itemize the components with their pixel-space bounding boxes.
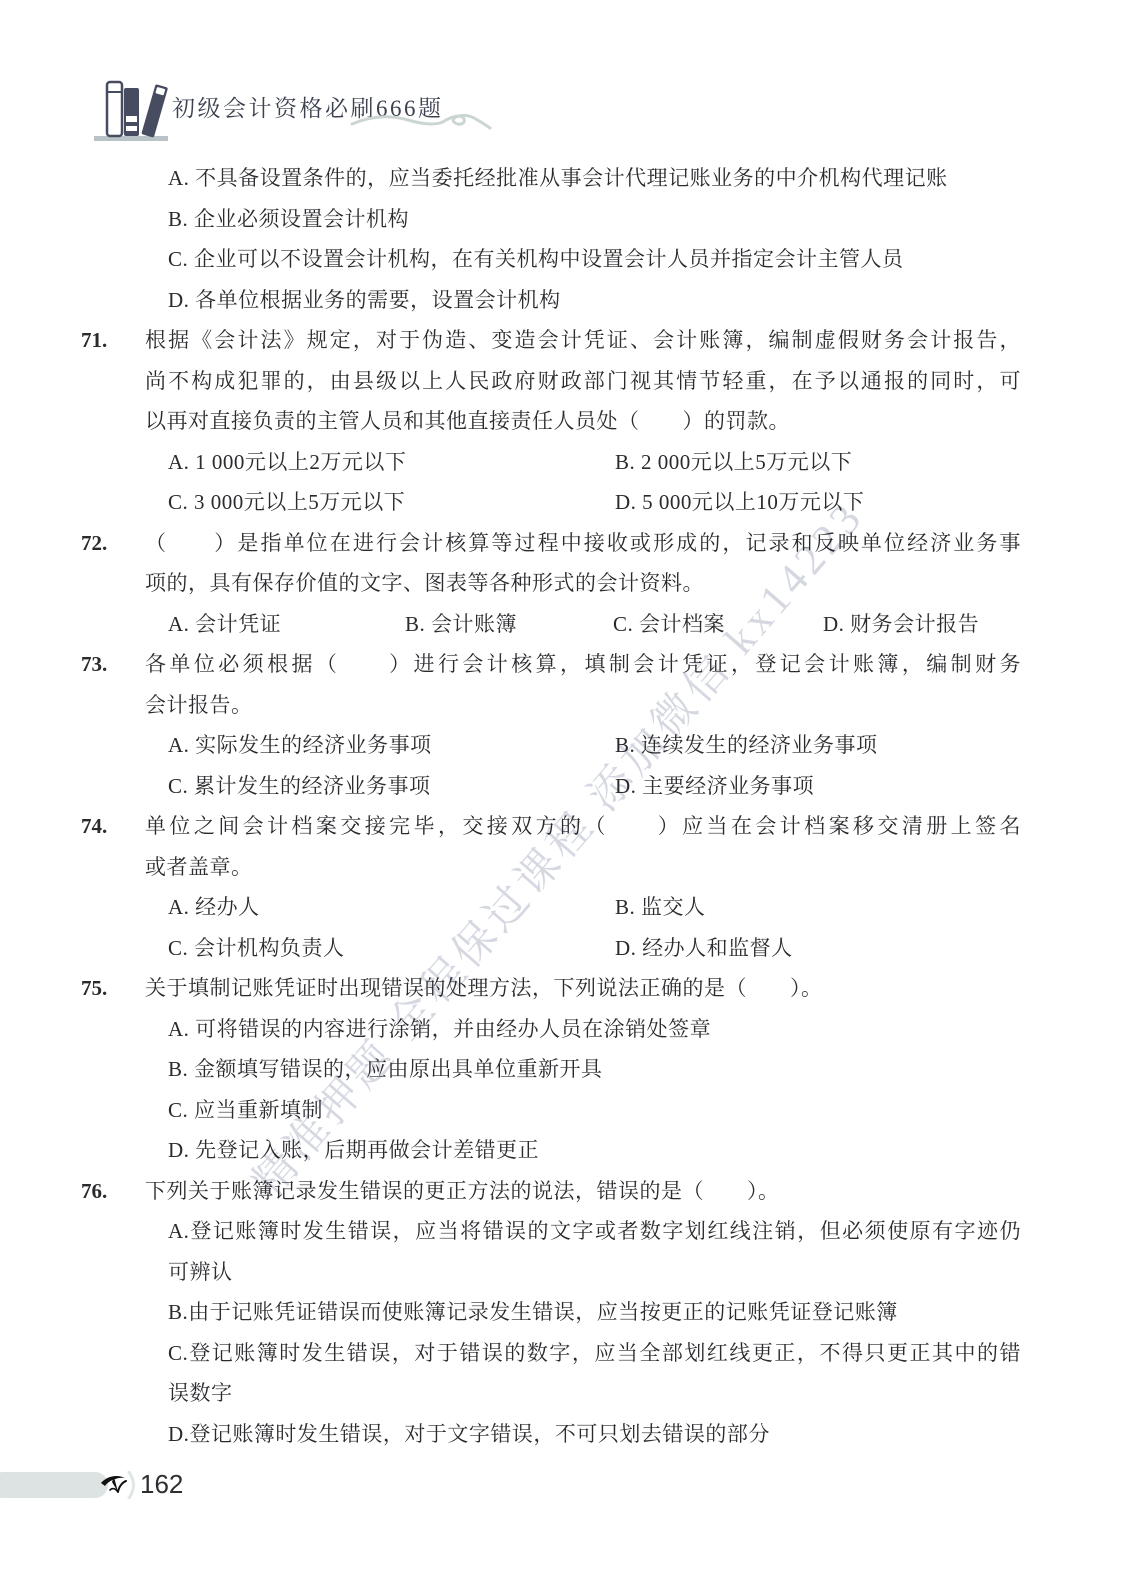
- option-line: C.登记账簿时发生错误，对于错误的数字，应当全部划红线更正，不得只更正其中的错: [196, 1333, 1021, 1374]
- option: B. 金额填写错误的，应由原出具单位重新开具: [168, 1049, 1021, 1090]
- option: D. 各单位根据业务的需要，设置会计机构: [168, 280, 1021, 321]
- page-number: 162: [140, 1469, 183, 1500]
- option: A. 不具备设置条件的，应当委托经批准从事会计代理记账业务的中介机构代理记账: [168, 158, 1021, 199]
- question-number: 72.: [81, 523, 107, 564]
- option-line: 误数字: [196, 1373, 1021, 1414]
- question-74-options-row-2: C. 会计机构负责人 D. 经办人和监督人: [168, 928, 1021, 969]
- option: A. 经办人: [168, 887, 615, 928]
- books-on-shelf-icon: [94, 78, 174, 151]
- question-70-options: A. 不具备设置条件的，应当委托经批准从事会计代理记账业务的中介机构代理记账 B…: [113, 158, 1021, 320]
- question-stem: 会计报告。: [145, 685, 1021, 726]
- option: B. 连续发生的经济业务事项: [615, 725, 1021, 766]
- question-stem: 项的，具有保存价值的文字、图表等各种形式的会计资料。: [145, 563, 1021, 604]
- question-stem: 单位之间会计档案交接完毕，交接双方的（ ）应当在会计档案移交清册上签名: [145, 806, 1021, 847]
- question-number: 73.: [81, 644, 107, 685]
- option: C. 会计机构负责人: [168, 928, 615, 969]
- footer-pill-bar: [0, 1472, 108, 1498]
- question-stem: 尚不构成犯罪的，由县级以上人民政府财政部门视其情节轻重，在予以通报的同时，可: [145, 361, 1021, 402]
- question-73: 73. 各单位必须根据（ ）进行会计核算，填制会计凭证，登记会计账簿，编制财务 …: [113, 644, 1021, 725]
- option: B. 2 000元以上5万元以下: [615, 442, 1021, 483]
- option: A. 1 000元以上2万元以下: [168, 442, 615, 483]
- option: D. 5 000元以上10万元以下: [615, 482, 1021, 523]
- question-number: 74.: [81, 806, 107, 847]
- questions-area: A. 不具备设置条件的，应当委托经批准从事会计代理记账业务的中介机构代理记账 B…: [113, 158, 1021, 1454]
- question-71-options-row-1: A. 1 000元以上2万元以下 B. 2 000元以上5万元以下: [168, 442, 1021, 483]
- question-73-options-row-1: A. 实际发生的经济业务事项 B. 连续发生的经济业务事项: [168, 725, 1021, 766]
- question-72-options-row: A. 会计凭证 B. 会计账簿 C. 会计档案 D. 财务会计报告: [168, 604, 1021, 645]
- option: B. 监交人: [615, 887, 1021, 928]
- question-73-options-row-2: C. 累计发生的经济业务事项 D. 主要经济业务事项: [168, 766, 1021, 807]
- question-74: 74. 单位之间会计档案交接完毕，交接双方的（ ）应当在会计档案移交清册上签名 …: [113, 806, 1021, 887]
- option: C. 累计发生的经济业务事项: [168, 766, 615, 807]
- option: C. 3 000元以上5万元以下: [168, 482, 615, 523]
- question-number: 75.: [81, 968, 107, 1009]
- question-stem: 下列关于账簿记录发生错误的更正方法的说法，错误的是（ ）。: [145, 1171, 1021, 1212]
- option: D. 先登记入账，后期再做会计差错更正: [168, 1130, 1021, 1171]
- quill-flourish-icon: [98, 1468, 132, 1503]
- option: D. 经办人和监督人: [615, 928, 1021, 969]
- wave-squiggle-icon: [350, 108, 492, 141]
- question-stem: 各单位必须根据（ ）进行会计核算，填制会计凭证，登记会计账簿，编制财务: [145, 644, 1021, 685]
- question-stem: 根据《会计法》规定，对于伪造、变造会计凭证、会计账簿，编制虚假财务会计报告，: [145, 320, 1021, 361]
- question-stem: 或者盖章。: [145, 847, 1021, 888]
- option: B.由于记账凭证错误而使账簿记录发生错误，应当按更正的记账凭证登记账簿: [168, 1292, 1021, 1333]
- question-71-options-row-2: C. 3 000元以上5万元以下 D. 5 000元以上10万元以下: [168, 482, 1021, 523]
- option: C.登记账簿时发生错误，对于错误的数字，应当全部划红线更正，不得只更正其中的错 …: [168, 1333, 1021, 1414]
- option: B. 企业必须设置会计机构: [168, 199, 1021, 240]
- option: B. 会计账簿: [405, 604, 613, 645]
- option: C. 会计档案: [613, 604, 823, 645]
- option: D.登记账簿时发生错误，对于文字错误，不可只划去错误的部分: [168, 1414, 1021, 1455]
- question-number: 71.: [81, 320, 107, 361]
- question-71: 71. 根据《会计法》规定，对于伪造、变造会计凭证、会计账簿，编制虚假财务会计报…: [113, 320, 1021, 442]
- question-stem: 关于填制记账凭证时出现错误的处理方法，下列说法正确的是（ ）。: [145, 968, 1021, 1009]
- option: C. 企业可以不设置会计机构，在有关机构中设置会计人员并指定会计主管人员: [168, 239, 1021, 280]
- question-75: 75. 关于填制记账凭证时出现错误的处理方法，下列说法正确的是（ ）。: [113, 968, 1021, 1009]
- option: A. 可将错误的内容进行涂销，并由经办人员在涂销处签章: [168, 1009, 1021, 1050]
- question-74-options-row-1: A. 经办人 B. 监交人: [168, 887, 1021, 928]
- option: C. 应当重新填制: [168, 1090, 1021, 1131]
- question-72: 72. （ ）是指单位在进行会计核算等过程中接收或形成的，记录和反映单位经济业务…: [113, 523, 1021, 604]
- question-stem: （ ）是指单位在进行会计核算等过程中接收或形成的，记录和反映单位经济业务事: [145, 523, 1021, 564]
- option: A.登记账簿时发生错误，应当将错误的文字或者数字划红线注销，但必须使原有字迹仍 …: [168, 1211, 1021, 1292]
- option-line: A.登记账簿时发生错误，应当将错误的文字或者数字划红线注销，但必须使原有字迹仍: [196, 1211, 1021, 1252]
- question-stem: 以再对直接负责的主管人员和其他直接责任人员处（ ）的罚款。: [145, 401, 1021, 442]
- question-number: 76.: [81, 1171, 107, 1212]
- question-76: 76. 下列关于账簿记录发生错误的更正方法的说法，错误的是（ ）。: [113, 1171, 1021, 1212]
- option: A. 会计凭证: [168, 604, 405, 645]
- option-line: 可辨认: [196, 1252, 1021, 1293]
- option: D. 财务会计报告: [823, 604, 1021, 645]
- option: D. 主要经济业务事项: [615, 766, 1021, 807]
- option: A. 实际发生的经济业务事项: [168, 725, 615, 766]
